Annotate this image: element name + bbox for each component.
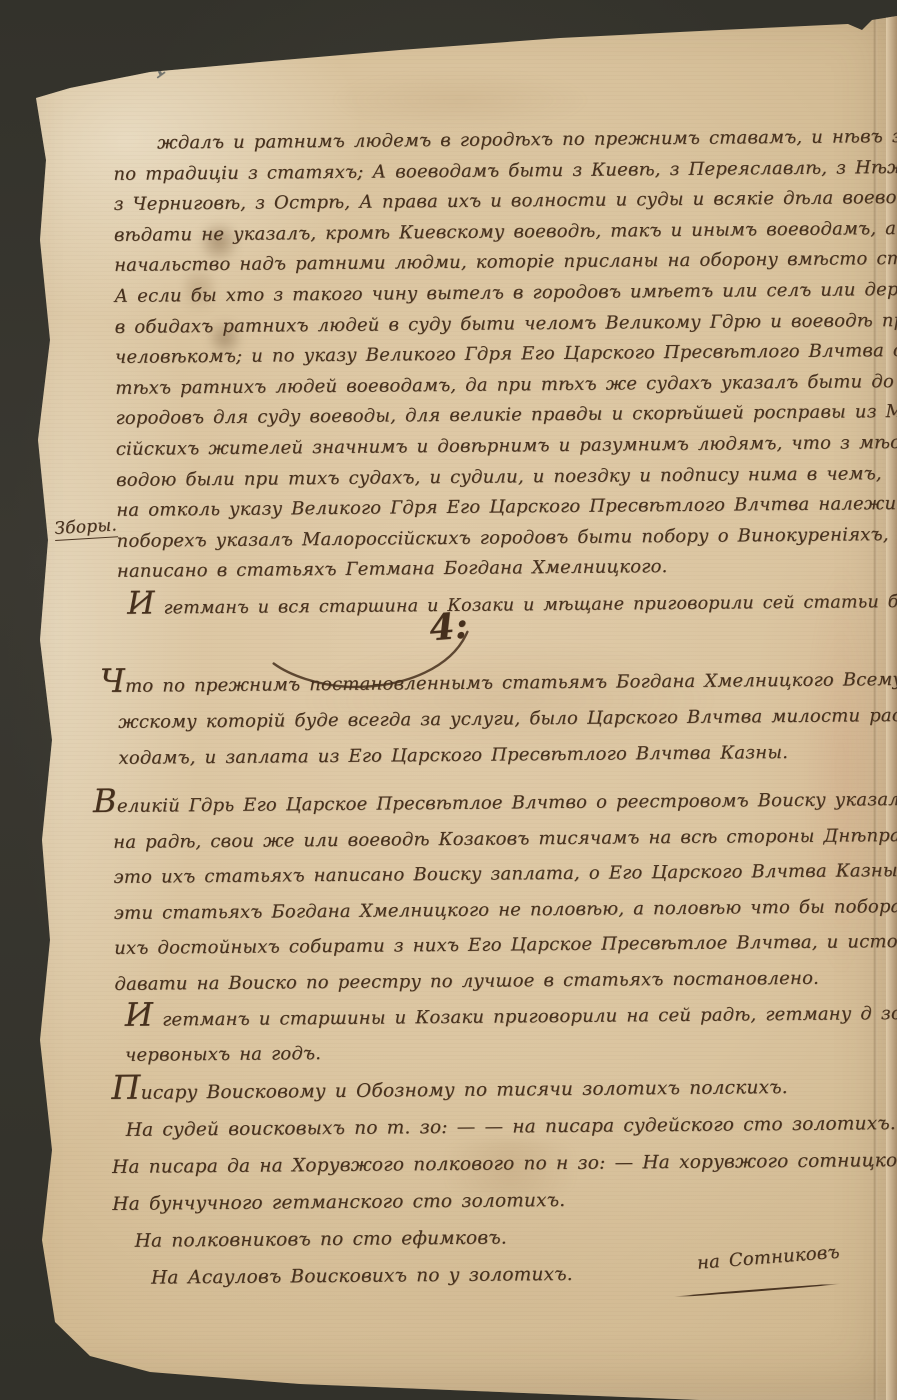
manuscript-page: 105 ждалъ и ратнимъ людемъ в городѣхъ по…: [0, 0, 897, 1400]
manuscript-line: И гетманъ и вся старшина и Козаки и мѣща…: [127, 585, 897, 624]
manuscript-line: ходамъ, и заплата из Его Царского Пресвѣ…: [100, 733, 897, 777]
manuscript-line: червоныхъ на годъ.: [125, 1030, 897, 1072]
paragraph-article4: Что по прежнимъ постановленнымъ статьямъ…: [100, 661, 897, 777]
paragraph-refrain: И гетманъ и вся старшина и Козаки и мѣща…: [127, 585, 897, 624]
manuscript-line: это ихъ статьяхъ написано Воиску заплата…: [93, 852, 897, 896]
manuscript-line: И гетманъ и старшины и Козаки приговорил…: [125, 995, 897, 1037]
handwritten-text-layer: ждалъ и ратнимъ людемъ в городѣхъ по пре…: [0, 0, 897, 1400]
paragraph-tsar-decree: Великій Гдрь Его Царское Пресвѣтлое Влчт…: [93, 781, 897, 1002]
manuscript-line: Великій Гдрь Его Царское Пресвѣтлое Влчт…: [93, 781, 897, 825]
manuscript-line: ихъ достойныхъ собирати з нихъ Его Царск…: [94, 923, 897, 967]
photo-backdrop: 105 ждалъ и ратнимъ людемъ в городѣхъ по…: [0, 0, 897, 1400]
paragraph-hetman-salary: И гетманъ и старшины и Козаки приговорил…: [125, 995, 897, 1072]
paragraph-voivodes: ждалъ и ратнимъ людемъ в городѣхъ по пре…: [113, 121, 897, 588]
manuscript-line: На писара да на Хорувжого полкового по н…: [112, 1141, 897, 1186]
manuscript-line: давати на Воиско по реестру по лучшое в …: [94, 959, 897, 1003]
margin-note: Зборы.: [54, 515, 118, 541]
